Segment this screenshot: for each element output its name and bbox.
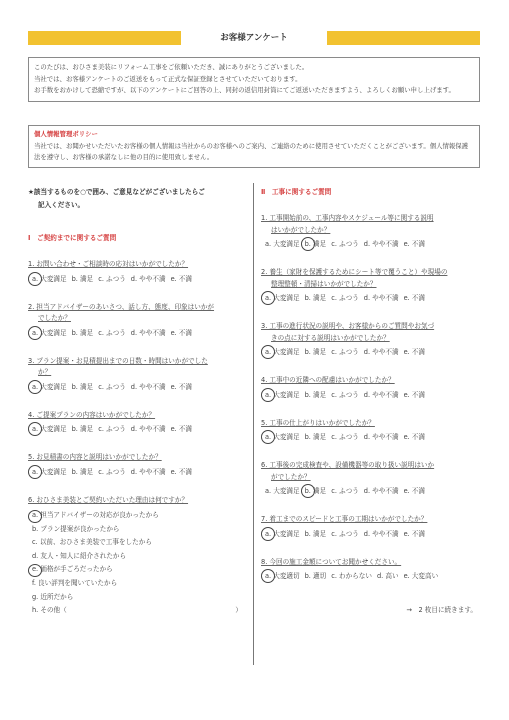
option-b[interactable]: b. 満足: [305, 293, 327, 304]
reason-label: e. 価格が手ごろだったから: [32, 565, 113, 573]
question-line: がでしたか？: [261, 472, 483, 484]
question-text: 7. 着工までのスピードと工事の工期はいかがでしたか？: [261, 514, 483, 526]
option-d[interactable]: d. やや不満: [131, 467, 166, 478]
reason-option-c[interactable]: c. 以前、おひさま美装で工事をしたから: [32, 536, 246, 550]
option-c[interactable]: c. ふつう: [331, 347, 359, 358]
answer-options: a. 大変満足b. 満足c. ふつうd. やや不満e. 不満: [28, 382, 246, 393]
question-4: 4. ご提案プランの内容はいかがでしたか？a. 大変満足b. 満足c. ふつうd…: [28, 410, 246, 436]
answer-options: a. 大変満足b. 満足c. ふつうd. やや不満e. 不満: [261, 293, 483, 304]
policy-title: 個人情報管理ポリシー: [34, 129, 474, 141]
option-e[interactable]: e. 不満: [404, 432, 425, 443]
option-d[interactable]: d. やや不満: [364, 347, 399, 358]
question-line: 2. 養生（家財を保護するためにシート等で覆うこと）や現場の: [261, 268, 447, 276]
option-d[interactable]: d. やや不満: [131, 382, 166, 393]
option-a[interactable]: a. 大変満足: [32, 424, 67, 435]
option-c[interactable]: c. ふつう: [98, 382, 126, 393]
question-text: 1. お問い合わせ・ご相談時の応対はいかがでしたか？: [28, 259, 246, 271]
close-paren: ）: [235, 604, 242, 618]
question-7: 7. 着工までのスピードと工事の工期はいかがでしたか？a. 大変満足b. 満足c…: [261, 514, 483, 540]
question-line: 3. 工事の進行状況の説明や、お客様からのご質問やお気づ: [261, 322, 434, 330]
reason-label: g. 近所だから: [32, 593, 73, 601]
question-line: か？: [28, 367, 246, 379]
reason-option-g[interactable]: g. 近所だから: [32, 591, 246, 605]
question-text: 5. 工事の仕上がりはいかがでしたか？: [261, 418, 483, 430]
option-e[interactable]: e. 不満: [404, 239, 425, 250]
question-line: 2. 担当アドバイザーのあいさつ、話し方、態度、印象はいかが: [28, 303, 214, 311]
intro-box: このたびは、おひさま美装にリフォーム工事をご依頼いただき、誠にありがとうございま…: [28, 57, 480, 102]
option-d[interactable]: d. やや不満: [364, 390, 399, 401]
option-c[interactable]: c. ふつう: [331, 486, 359, 497]
reason-label: b. プラン提案が良かったから: [32, 525, 120, 533]
privacy-policy-box: 個人情報管理ポリシー 当社では、お聞かせいただいたお客様の個人情報は当社からのお…: [28, 125, 480, 168]
answer-options: a. 大変満足b. 満足c. ふつうd. やや不満e. 不満: [28, 328, 246, 339]
option-c[interactable]: c. ふつう: [331, 390, 359, 401]
option-c[interactable]: c. ふつう: [331, 293, 359, 304]
question-2: 2. 担当アドバイザーのあいさつ、話し方、態度、印象はいかがでしたか？a. 大変…: [28, 302, 246, 339]
option-e[interactable]: e. 不満: [171, 274, 192, 285]
reason-option-h[interactable]: h. その他（）: [32, 604, 246, 618]
reason-option-d[interactable]: d. 友人・知人に紹介されたから: [32, 550, 246, 564]
instruction-line: 記入ください。: [28, 199, 246, 212]
question-line: 1. 工事開始前の、工事内容やスケジュール等に関する説明: [261, 214, 434, 222]
option-c[interactable]: c. ふつう: [98, 467, 126, 478]
option-a[interactable]: a. 大変満足: [32, 274, 67, 285]
option-d[interactable]: d. やや不満: [131, 328, 166, 339]
reason-label: h. その他（: [32, 606, 67, 614]
option-a[interactable]: a. 大変満足: [265, 529, 300, 540]
option-a[interactable]: a. 大変満足: [265, 390, 300, 401]
option-a[interactable]: a. 大変満足: [32, 467, 67, 478]
reason-label: c. 以前、おひさま美装で工事をしたから: [32, 538, 152, 546]
question-text: 5. お見積書の内容と説明はいかがでしたか？: [28, 452, 246, 464]
continue-note: → 2 枚目に続きます。: [261, 604, 483, 614]
question-text: 4. 工事中の近隣への配慮はいかがでしたか？: [261, 375, 483, 387]
question-3: 3. プラン提案・お見積提出までの日数・時間はいかがでしたか？a. 大変満足b.…: [28, 356, 246, 393]
reason-list: a. 担当アドバイザーの対応が良かったからb. プラン提案が良かったからc. 以…: [28, 509, 246, 618]
question-text: 6. 工事後の完成検査や、設備機器等の取り扱い説明はいかがでしたか？: [261, 460, 483, 483]
option-d[interactable]: d. やや不満: [364, 239, 399, 250]
option-a[interactable]: a. 大変満足: [265, 486, 300, 497]
answer-options: a. 大変満足b. 満足c. ふつうd. やや不満e. 不満: [261, 239, 483, 250]
question-text: 2. 担当アドバイザーのあいさつ、話し方、態度、印象はいかがでしたか？: [28, 302, 246, 325]
question-text: 3. 工事の進行状況の説明や、お客様からのご質問やお気づきの点に対する説明はいか…: [261, 321, 483, 344]
question-line: はいかがでしたか？: [261, 225, 483, 237]
instruction: ★該当するものを○で囲み、ご意見などがございましたらご 記入ください。: [28, 186, 246, 212]
answer-options: a. 大変満足b. 満足c. ふつうd. やや不満e. 不満: [261, 347, 483, 358]
option-d[interactable]: d. やや不満: [131, 424, 166, 435]
question-6: 6. おひさま美装とご契約いただいた理由は何ですか？ a. 担当アドバイザーの対…: [28, 495, 246, 618]
option-a[interactable]: a. 大変満足: [265, 432, 300, 443]
option-e[interactable]: e. 不満: [171, 328, 192, 339]
option-b[interactable]: b. 満足: [305, 432, 327, 443]
option-e[interactable]: e. 不満: [404, 390, 425, 401]
intro-line: 当社では、お客様アンケートのご返送をもって正式な保証登録とさせていただいておりま…: [34, 74, 474, 86]
option-b[interactable]: b. 満足: [72, 274, 94, 285]
reason-label: d. 友人・知人に紹介されたから: [32, 552, 126, 560]
reason-option-f[interactable]: f. 良い評判を聞いていたから: [32, 577, 246, 591]
option-c[interactable]: c. ふつう: [331, 239, 359, 250]
option-d[interactable]: d. やや不満: [364, 432, 399, 443]
option-c[interactable]: c. わからない: [331, 571, 372, 582]
option-e[interactable]: e. 不満: [404, 293, 425, 304]
option-b[interactable]: b. 満足: [305, 390, 327, 401]
question-text: 6. おひさま美装とご契約いただいた理由は何ですか？: [28, 495, 246, 507]
section-title: Ⅱ 工事に関するご質問: [261, 186, 483, 196]
title-bar-right: [327, 31, 480, 45]
question-line: でしたか？: [28, 313, 246, 325]
reason-option-a[interactable]: a. 担当アドバイザーの対応が良かったから: [32, 509, 246, 523]
question-line: 4. ご提案プランの内容はいかがでしたか？: [28, 411, 155, 419]
question-5: 5. お見積書の内容と説明はいかがでしたか？a. 大変満足b. 満足c. ふつう…: [28, 452, 246, 478]
option-c[interactable]: c. ふつう: [98, 274, 126, 285]
left-column: ★該当するものを○で囲み、ご意見などがございましたらご 記入ください。 Ⅰ ご契…: [28, 186, 246, 618]
reason-option-b[interactable]: b. プラン提案が良かったから: [32, 523, 246, 537]
question-text: 2. 養生（家財を保護するためにシート等で覆うこと）や現場の整理整頓・清掃はいか…: [261, 267, 483, 290]
instruction-line: ★該当するものを○で囲み、ご意見などがございましたらご: [28, 188, 205, 196]
option-d[interactable]: d. やや不満: [364, 293, 399, 304]
question-2: 2. 養生（家財を保護するためにシート等で覆うこと）や現場の整理整頓・清掃はいか…: [261, 267, 483, 304]
column-divider: [253, 183, 254, 665]
option-c[interactable]: c. ふつう: [331, 432, 359, 443]
option-b[interactable]: b. 満足: [72, 424, 94, 435]
question-4: 4. 工事中の近隣への配慮はいかがでしたか？a. 大変満足b. 満足c. ふつう…: [261, 375, 483, 401]
reason-label: f. 良い評判を聞いていたから: [32, 579, 117, 587]
question-3: 3. 工事の進行状況の説明や、お客様からのご質問やお気づきの点に対する説明はいか…: [261, 321, 483, 358]
option-b[interactable]: b. 満足: [305, 347, 327, 358]
answer-options: a. 大変満足b. 満足c. ふつうd. やや不満e. 不満: [261, 432, 483, 443]
option-a[interactable]: a. 大変適切: [265, 571, 300, 582]
right-column: Ⅱ 工事に関するご質問 1. 工事開始前の、工事内容やスケジュール等に関する説明…: [261, 186, 483, 614]
option-e[interactable]: e. 不満: [171, 424, 192, 435]
option-b[interactable]: b. 適切: [305, 571, 327, 582]
option-d[interactable]: d. 高い: [377, 571, 399, 582]
answer-options: a. 大変満足b. 満足c. ふつうd. やや不満e. 不満: [28, 424, 246, 435]
answer-options: a. 大変満足b. 満足c. ふつうd. やや不満e. 不満: [28, 467, 246, 478]
answer-options: a. 大変満足b. 満足c. ふつうd. やや不満e. 不満: [261, 529, 483, 540]
option-e[interactable]: e. 不満: [171, 382, 192, 393]
question-line: きの点に対する説明はいかがでしたか？: [261, 333, 483, 345]
header: お客様アンケート: [28, 30, 480, 46]
option-b[interactable]: b. 満足: [305, 239, 327, 250]
answer-options: a. 大変満足b. 満足c. ふつうd. やや不満e. 不満: [261, 390, 483, 401]
option-d[interactable]: d. やや不満: [131, 274, 166, 285]
question-line: 7. 着工までのスピードと工事の工期はいかがでしたか？: [261, 515, 427, 523]
intro-line: お手数をおかけして恐縮ですが、以下のアンケートにご回答の上、同封の返信用封筒にて…: [34, 85, 474, 97]
question-line: 5. お見積書の内容と説明はいかがでしたか？: [28, 453, 162, 461]
reason-label: a. 担当アドバイザーの対応が良かったから: [32, 511, 159, 519]
intro-line: このたびは、おひさま美装にリフォーム工事をご依頼いただき、誠にありがとうございま…: [34, 62, 474, 74]
option-b[interactable]: b. 満足: [305, 486, 327, 497]
question-text: 4. ご提案プランの内容はいかがでしたか？: [28, 410, 246, 422]
answer-options: a. 大変満足b. 満足c. ふつうd. やや不満e. 不満: [28, 274, 246, 285]
answer-options: a. 大変満足b. 満足c. ふつうd. やや不満e. 不満: [261, 486, 483, 497]
option-b[interactable]: b. 満足: [72, 467, 94, 478]
option-d[interactable]: d. やや不満: [364, 529, 399, 540]
question-text: 1. 工事開始前の、工事内容やスケジュール等に関する説明はいかがでしたか？: [261, 213, 483, 236]
question-line: 5. 工事の仕上がりはいかがでしたか？: [261, 419, 375, 427]
question-8: 8. 今回の施工金額についてお聞かせください。a. 大変適切b. 適切c. わか…: [261, 557, 483, 583]
question-1: 1. 工事開始前の、工事内容やスケジュール等に関する説明はいかがでしたか？a. …: [261, 213, 483, 250]
option-c[interactable]: c. ふつう: [98, 424, 126, 435]
option-d[interactable]: d. やや不満: [364, 486, 399, 497]
question-5: 5. 工事の仕上がりはいかがでしたか？a. 大変満足b. 満足c. ふつうd. …: [261, 418, 483, 444]
section-title: Ⅰ ご契約までに関するご質問: [28, 232, 246, 242]
question-text: 3. プラン提案・お見積提出までの日数・時間はいかがでしたか？: [28, 356, 246, 379]
option-e[interactable]: e. 不満: [404, 529, 425, 540]
question-6: 6. 工事後の完成検査や、設備機器等の取り扱い説明はいかがでしたか？a. 大変満…: [261, 460, 483, 497]
option-b[interactable]: b. 満足: [305, 529, 327, 540]
option-c[interactable]: c. ふつう: [331, 529, 359, 540]
option-a[interactable]: a. 大変満足: [265, 293, 300, 304]
question-line: 1. お問い合わせ・ご相談時の応対はいかがでしたか？: [28, 260, 188, 268]
option-a[interactable]: a. 大変満足: [32, 328, 67, 339]
option-b[interactable]: b. 満足: [72, 328, 94, 339]
question-line: 4. 工事中の近隣への配慮はいかがでしたか？: [261, 376, 395, 384]
option-e[interactable]: e. 不満: [404, 347, 425, 358]
option-a[interactable]: a. 大変満足: [265, 347, 300, 358]
question-line: 3. プラン提案・お見積提出までの日数・時間はいかがでした: [28, 357, 208, 365]
option-a[interactable]: a. 大変満足: [32, 382, 67, 393]
question-1: 1. お問い合わせ・ご相談時の応対はいかがでしたか？a. 大変満足b. 満足c.…: [28, 259, 246, 285]
question-line: 整理整頓・清掃はいかがでしたか？: [261, 279, 483, 291]
question-text: 8. 今回の施工金額についてお聞かせください。: [261, 557, 483, 569]
policy-text: 当社では、お聞かせいただいたお客様の個人情報は当社からのお客様へのご案内、ご連絡…: [34, 141, 474, 164]
option-e[interactable]: e. 不満: [404, 486, 425, 497]
question-line: 6. 工事後の完成検査や、設備機器等の取り扱い説明はいか: [261, 461, 434, 469]
answer-options: a. 大変適切b. 適切c. わからないd. 高いe. 大変高い: [261, 571, 483, 582]
option-a[interactable]: a. 大変満足: [265, 239, 300, 250]
option-e[interactable]: e. 不満: [171, 467, 192, 478]
option-e[interactable]: e. 大変高い: [404, 571, 439, 582]
option-b[interactable]: b. 満足: [72, 382, 94, 393]
question-line: 8. 今回の施工金額についてお聞かせください。: [261, 558, 401, 566]
option-c[interactable]: c. ふつう: [98, 328, 126, 339]
reason-option-e[interactable]: e. 価格が手ごろだったから: [32, 563, 246, 577]
